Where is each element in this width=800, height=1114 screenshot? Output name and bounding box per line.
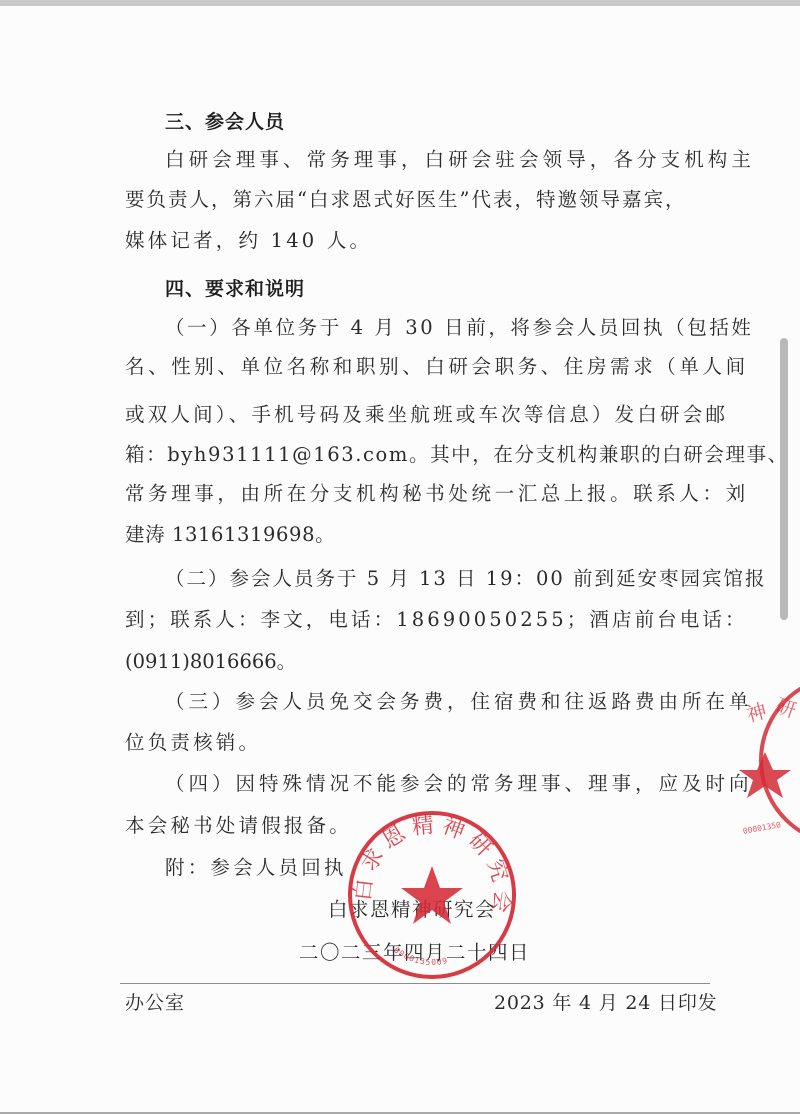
signature-date: 二〇二三年四月二十四日 xyxy=(299,941,530,965)
paragraph-line: （三）参会人员免交会务费，住宿费和往返路费由所在单 xyxy=(165,690,753,714)
paragraph-line: （一）各单位务于 4 月 30 日前，将参会人员回执（包括姓 xyxy=(165,316,754,340)
paragraph-line: （四）因特殊情况不能参会的常务理事、理事，应及时向 xyxy=(165,772,753,796)
section-heading-requirements: 四、要求和说明 xyxy=(165,277,305,301)
paragraph-line: 常务理事，由所在分支机构秘书处统一汇总上报。联系人：刘 xyxy=(125,482,749,506)
paragraph-line: 或双人间）、手机号码及乘坐航班或车次等信息）发白研会邮 xyxy=(125,403,728,427)
paragraph-line: 要负责人，第六届“白求恩式好医生”代表，特邀领导嘉宾， xyxy=(125,188,686,212)
paragraph-line-email: 箱：byh931111@163.com。其中，在分支机构兼职的白研会理事、 xyxy=(125,443,789,467)
paragraph-line: 白研会理事、常务理事，白研会驻会领导，各分支机构主 xyxy=(165,148,755,172)
paragraph-line: 位负责核销。 xyxy=(125,731,261,755)
scrollbar-thumb[interactable] xyxy=(780,338,788,620)
paragraph-line-phone: 到；联系人：李文，电话：18690050255；酒店前台电话： xyxy=(125,608,748,632)
attachment-note: 附：参会人员回执 xyxy=(165,856,347,880)
paragraph-line: （二）参会人员务于 5 月 13 日 19：00 前到延安枣园宾馆报 xyxy=(165,567,767,591)
footer-issuer: 办公室 xyxy=(125,988,185,1015)
paragraph-line-phone: (0911)8016666。 xyxy=(125,650,296,674)
paragraph-line: 名、性别、单位名称和职别、白研会职务、住房需求（单人间 xyxy=(125,355,749,379)
signature-organization: 白求恩精神研究会 xyxy=(328,898,496,922)
paragraph-line: 媒体记者，约 140 人。 xyxy=(125,229,372,253)
paragraph-line: 本会秘书处请假报备。 xyxy=(125,814,352,838)
footer-divider xyxy=(120,983,710,984)
footer-print-date: 2023 年 4 月 24 日印发 xyxy=(494,988,717,1015)
paragraph-line-phone: 建涛 13161319698。 xyxy=(125,523,335,547)
section-heading-attendees: 三、参会人员 xyxy=(165,110,285,134)
